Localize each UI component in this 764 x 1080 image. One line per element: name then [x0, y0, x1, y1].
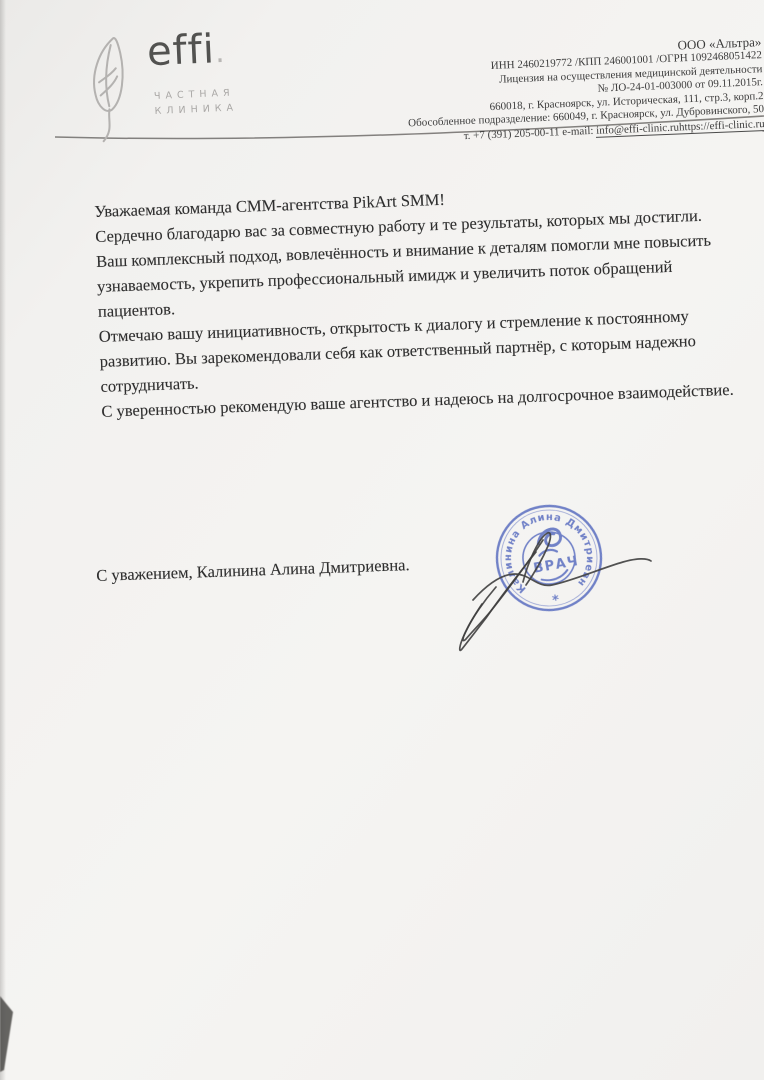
tagline-line-2: КЛИНИКА [154, 100, 238, 119]
clinic-logo: effi. ЧАСТНАЯ КЛИНИКА [84, 20, 309, 149]
brand-dot: . [214, 35, 226, 70]
scanned-letter-page: effi. ЧАСТНАЯ КЛИНИКА ООО «Альтра» ИНН 2… [0, 0, 764, 1080]
leaf-icon [84, 32, 141, 146]
handwritten-signature [430, 510, 690, 690]
brand-name: effi. [146, 26, 226, 75]
brand-text: effi [146, 26, 216, 75]
brand-tagline: ЧАСТНАЯ КЛИНИКА [154, 85, 239, 119]
company-info-block: ООО «Альтра» ИНН 2460219772 /КПП 2460010… [321, 34, 764, 148]
letter-body: Уважаемая команда СММ-агентства PikArt S… [94, 177, 735, 424]
